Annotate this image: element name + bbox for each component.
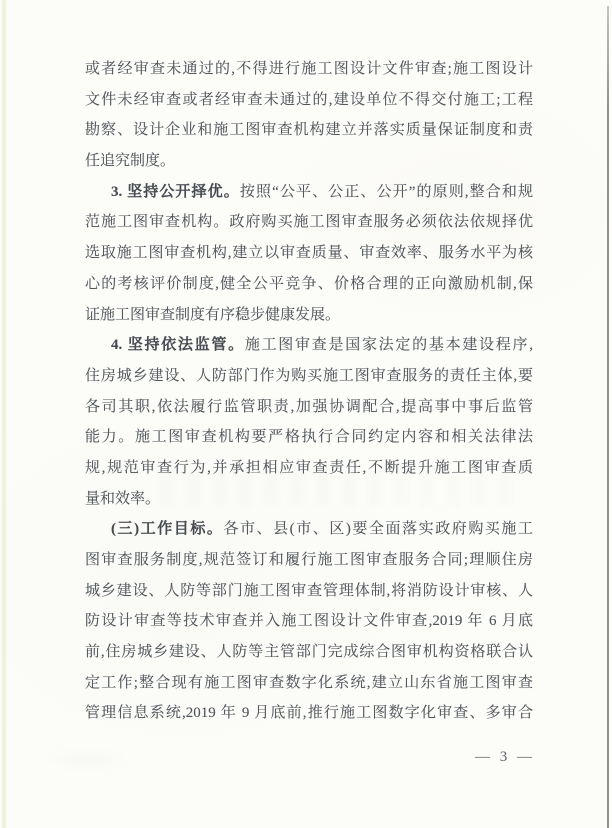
text-line: 心的考核评价制度,健全公平竞争、价格合理的正向激励机制,保 [85,269,533,300]
text-line: 能力。施工图审查机构要严格执行合同约定内容和相关法律法 [85,422,533,453]
text-line: 范施工图审查机构。政府购买施工图审查服务必须依法依规择优 [85,207,533,238]
text-line: 3. 坚持公开择优。按照“公平、公正、公开”的原则,整合和规 [85,177,533,208]
scanned-document-page: 或者经审查未通过的,不得进行施工图设计文件审查;施工图设计文件未经审查或者经审查… [0,0,612,828]
text-line: 选取施工图审查机构,建立以审查质量、审查效率、服务水平为核 [85,238,533,269]
document-body: 或者经审查未通过的,不得进行施工图设计文件审查;施工图设计文件未经审查或者经审查… [85,54,533,729]
text-line: 图审查服务制度,规范签订和履行施工图审查服务合同;理顺住房 [85,545,533,576]
text-line: 前,住房城乡建设、人防等主管部门完成综合图审机构资格联合认 [85,637,533,668]
line-bold-lead: 3. 坚持公开择优。 [111,184,240,200]
scan-edge-right-line [607,6,609,828]
text-line: 勘察、设计企业和施工图审查机构建立并落实质量保证制度和责 [85,115,533,146]
text-line: 4. 坚持依法监管。施工图审查是国家法定的基本建设程序, [85,330,533,361]
page-number: — 3 — [455,749,555,766]
scan-smudge [40,748,130,772]
text-line: 各司其职,依法履行监管职责,加强协调配合,提高事中事后监管 [85,392,533,423]
text-line: 城乡建设、人防等部门施工图审查管理体制,将消防设计审核、人 [85,576,533,607]
text-line: 住房城乡建设、人防部门作为购买施工图审查服务的责任主体,要 [85,361,533,392]
text-line: 管理信息系统,2019 年 9 月底前,推行施工图数字化审查、多审合 [85,698,533,729]
text-line: (三)工作目标。各市、县(市、区)要全面落实政府购买施工 [85,514,533,545]
text-line: 防设计审查等技术审查并入施工图设计文件审查,2019 年 6 月底 [85,606,533,637]
text-line: 任追究制度。 [85,146,533,177]
line-bold-lead: (三)工作目标。 [111,521,223,537]
text-line: 定工作;整合现有施工图审查数字化系统,建立山东省施工图审查 [85,668,533,699]
text-line: 或者经审查未通过的,不得进行施工图设计文件审查;施工图设计 [85,54,533,85]
text-line: 证施工图审查制度有序稳步健康发展。 [85,300,533,331]
line-bold-lead: 4. 坚持依法监管。 [111,337,245,353]
text-line: 规,规范审查行为,并承担相应审查责任,不断提升施工图审查质 [85,453,533,484]
scan-edge-left-strip [2,0,6,828]
text-line: 文件未经审查或者经审查未通过的,建设单位不得交付施工;工程 [85,85,533,116]
text-line: 量和效率。 [85,484,533,515]
